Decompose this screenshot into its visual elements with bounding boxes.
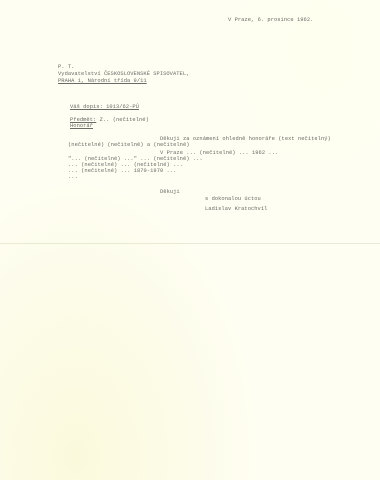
recipient-line-1: P. T. [58,64,74,70]
letter-page: V Praze, 6. prosince 1962. P. T. Vydavat… [0,0,380,480]
closing-line: Děkuji [160,189,180,195]
body-line-2: (nečitelné) (nečitelné) a (nečitelné) [68,142,190,148]
reference-line: Váš dopis: 1013/62-PÚ [70,104,139,110]
body-line-6: ... (nečitelné) ... 1870-1970 ... [68,168,176,174]
body-line-7: ... [68,174,78,180]
salutation-line: s dokonalou úctou [205,196,261,202]
paper-fold [0,243,380,244]
recipient-line-2: Vydavatelství ČESKOSLOVENSKÉ SPISOVATEL, [58,71,189,77]
subject-line-2: Honorář [70,123,93,129]
signature-line: Ladislav Kratochvíl [205,206,267,212]
recipient-line-3: PRAHA 1, Národní třída 9/11 [58,78,147,84]
date-line: V Praze, 6. prosince 1962. [228,17,313,23]
subject-text: Z.. (nečitelné) [100,117,149,123]
